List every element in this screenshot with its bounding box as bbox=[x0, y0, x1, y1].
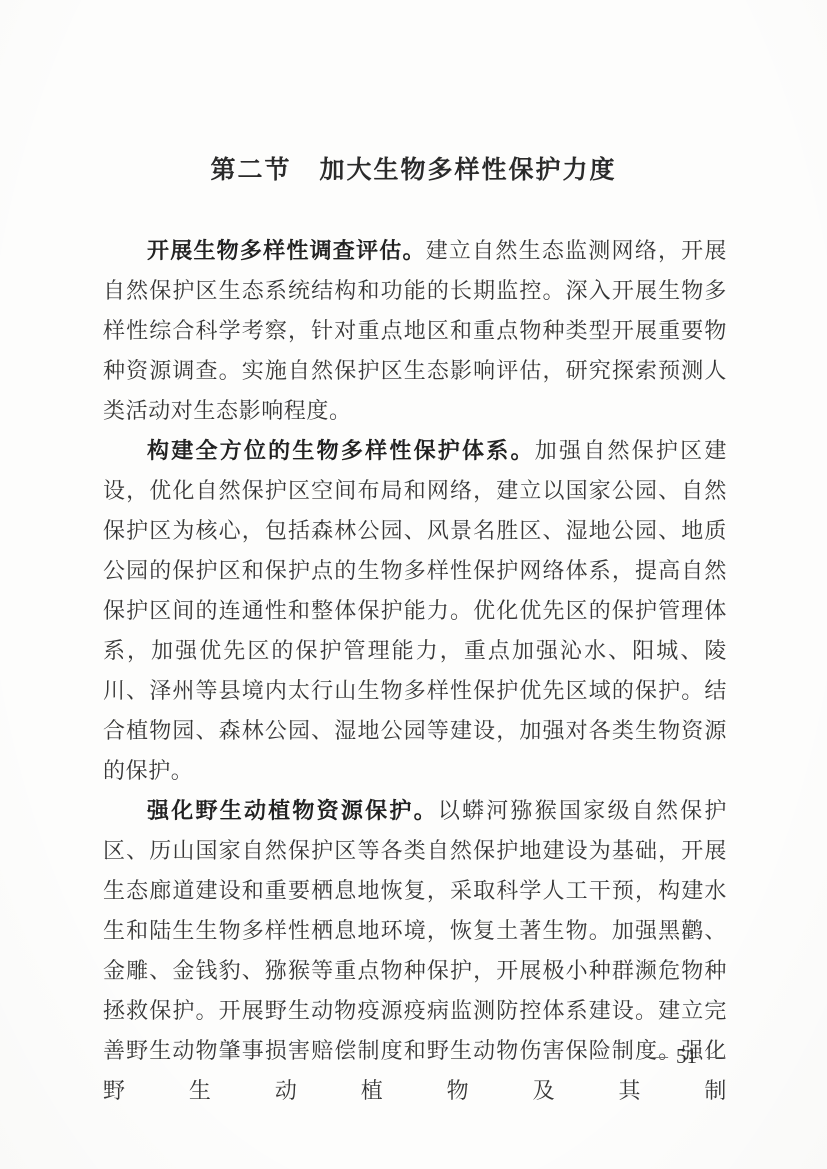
paragraph-2-text: 加强自然保护区建设，优化自然保护区空间布局和网络，建立以国家公园、自然保护区为核… bbox=[103, 438, 727, 783]
page-number: 51 bbox=[676, 1044, 697, 1069]
paragraph-3-lead: 强化野生动植物资源保护。 bbox=[147, 798, 438, 823]
section-label: 第二节 bbox=[210, 157, 291, 184]
scanned-document-page: 第二节加大生物多样性保护力度 开展生物多样性调查评估。建立自然生态监测网络，开展… bbox=[0, 0, 827, 1169]
section-heading: 加大生物多样性保护力度 bbox=[320, 157, 617, 184]
paragraph-2-lead: 构建全方位的生物多样性保护体系。 bbox=[147, 438, 535, 463]
paragraph-1: 开展生物多样性调查评估。建立自然生态监测网络，开展自然保护区生态系统结构和功能的… bbox=[103, 231, 727, 431]
page-number-footer: — 51 — bbox=[650, 1044, 723, 1069]
footer-dash-left: — bbox=[650, 1046, 666, 1067]
paragraph-1-lead: 开展生物多样性调查评估。 bbox=[147, 238, 426, 263]
paragraph-2: 构建全方位的生物多样性保护体系。加强自然保护区建设，优化自然保护区空间布局和网络… bbox=[103, 431, 727, 791]
paragraph-3: 强化野生动植物资源保护。以蟒河猕猴国家级自然保护区、历山国家自然保护区等各类自然… bbox=[103, 791, 727, 1111]
section-title: 第二节加大生物多样性保护力度 bbox=[0, 150, 827, 186]
paragraph-1-text: 建立自然生态监测网络，开展自然保护区生态系统结构和功能的长期监控。深入开展生物多… bbox=[103, 238, 727, 423]
document-body: 开展生物多样性调查评估。建立自然生态监测网络，开展自然保护区生态系统结构和功能的… bbox=[103, 231, 727, 1111]
paragraph-3-text: 以蟒河猕猴国家级自然保护区、历山国家自然保护区等各类自然保护地建设为基础，开展生… bbox=[103, 798, 727, 1103]
footer-dash-right: — bbox=[707, 1046, 723, 1067]
